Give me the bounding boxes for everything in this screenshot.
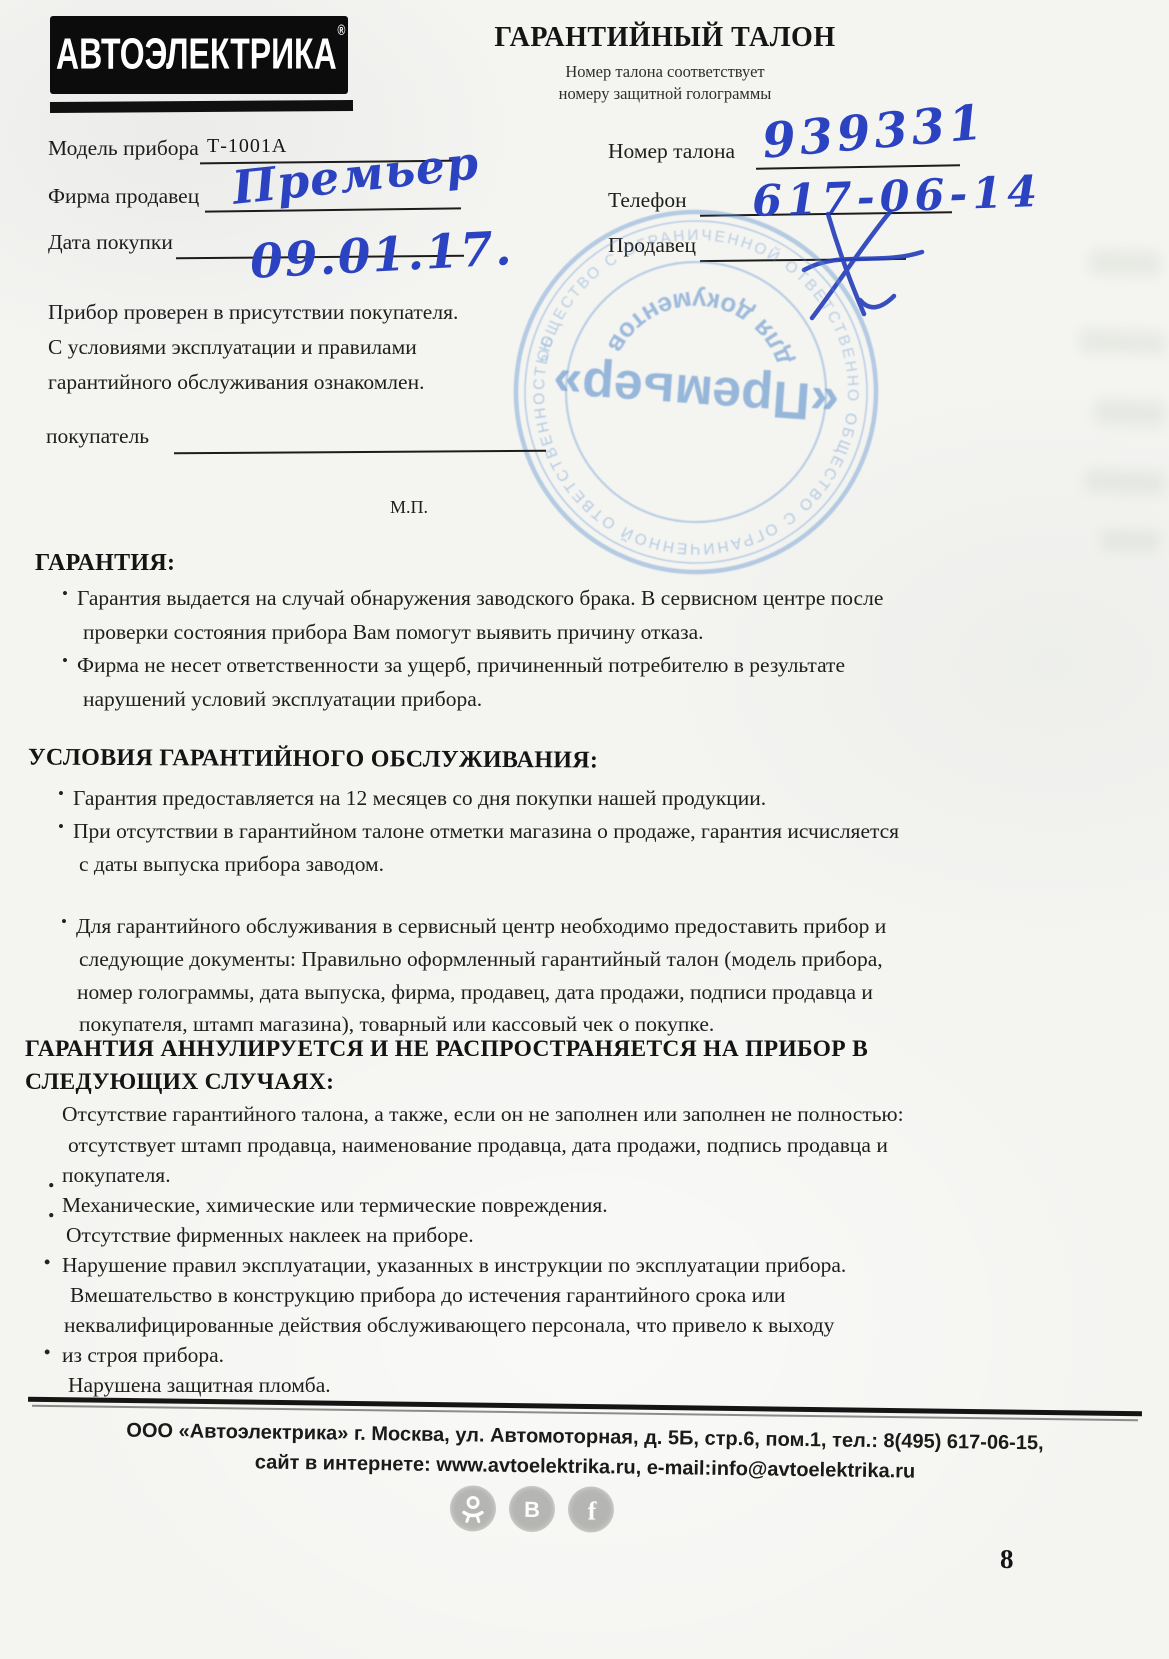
voiding-item-line: Нарушение правил эксплуатации, указанных… — [62, 1253, 846, 1278]
seller-label: Продавец — [608, 233, 696, 258]
voiding-item-line: Отсутствие фирменных наклеек на приборе. — [66, 1223, 474, 1248]
stamp-ring-text: ОБЩЕСТВО С ОГРАНИЧЕННОЙ ОТВЕТСТВЕННОСТЬЮ — [520, 331, 864, 568]
voiding-item-bullet: • — [44, 1342, 50, 1363]
registered-mark: ® — [337, 21, 345, 38]
bleed-through-artifact — [1090, 249, 1161, 277]
bleed-through-artifact — [1095, 399, 1166, 427]
model-label: Модель прибора — [48, 136, 199, 161]
conditions-item-line: следующие документы: Правильно оформленн… — [79, 947, 883, 972]
page-number: 8 — [1000, 1544, 1014, 1575]
logo-text: АВТОЭЛЕКТРИКА® — [56, 30, 345, 79]
voiding-item-line: Механические, химические или термические… — [62, 1193, 608, 1218]
warranty-item-line: Фирма не несет ответственности за ущерб,… — [77, 653, 845, 678]
voiding-item-line: покупателя. — [62, 1163, 171, 1188]
voiding-item-bullet: . — [48, 1194, 55, 1224]
warranty-item-line: нарушений условий эксплуатации прибора. — [83, 687, 482, 712]
model-value: Т-1001А — [207, 135, 287, 158]
voiding-section-title: СЛЕДУЮЩИХ СЛУЧАЯХ: — [25, 1069, 334, 1096]
warranty-item-line: проверки состояния прибора Вам помогут в… — [83, 620, 704, 645]
company-logo: АВТОЭЛЕКТРИКА® — [50, 16, 348, 94]
bleed-through-artifact — [1085, 469, 1166, 496]
stamp-place-abbr: М.П. — [390, 497, 428, 518]
bleed-through-artifact — [1100, 529, 1161, 553]
svg-text:ОБЩЕСТВО С ОГРАНИЧЕННОЙ ОТВЕТС: ОБЩЕСТВО С ОГРАНИЧЕННОЙ ОТВЕТСТВЕННОСТЬЮ — [520, 331, 864, 568]
stamp-center-text: «Премьер» — [551, 354, 841, 432]
voiding-item-line: отсутствует штамп продавца, наименование… — [68, 1133, 888, 1158]
conditions-item-line: При отсутствии в гарантийном талоне отме… — [73, 819, 899, 844]
conditions-item-line: с даты выпуска прибора заводом. — [79, 852, 384, 877]
conditions-item-line: номер голограммы, дата выпуска, фирма, п… — [77, 980, 873, 1005]
seller-signature — [790, 208, 940, 323]
warranty-section-title: ГАРАНТИЯ: — [35, 550, 175, 577]
voiding-section-title: ГАРАНТИЯ АННУЛИРУЕТСЯ И НЕ РАСПРОСТРАНЯЕ… — [25, 1036, 868, 1063]
voiding-item-bullet: • — [44, 1252, 50, 1273]
vk-icon: В — [509, 1486, 555, 1532]
buyer-signature-underline — [174, 450, 546, 455]
facebook-icon: f — [568, 1486, 614, 1532]
voiding-item-line: неквалифицированные действия обслуживающ… — [64, 1313, 834, 1338]
social-icons-row: В f — [450, 1485, 614, 1532]
confirmation-line: С условиями эксплуатации и правилами — [48, 335, 417, 360]
svg-text:для документов: для документов — [600, 279, 802, 372]
odnoklassniki-icon — [450, 1485, 496, 1531]
voiding-item-bullet: . — [48, 1164, 55, 1194]
phone-label: Телефон — [608, 188, 687, 213]
conditions-item-line: Для гарантийного обслуживания в сервисны… — [76, 914, 886, 939]
coupon-number-handwritten-value: 939331 — [760, 94, 988, 169]
document-title: ГАРАНТИЙНЫЙ ТАЛОН — [430, 22, 900, 54]
confirmation-line: Прибор проверен в присутствии покупателя… — [48, 300, 458, 325]
stamp-arc-text: для документов — [600, 279, 802, 372]
purchase-date-label: Дата покупки — [48, 230, 173, 255]
buyer-label: покупатель — [46, 424, 149, 449]
confirmation-line: гарантийного обслуживания ознакомлен. — [48, 370, 424, 395]
svg-text:В: В — [524, 1497, 540, 1522]
voiding-item-line: Вмешательство в конструкцию прибора до и… — [70, 1283, 785, 1308]
voiding-item-line: Отсутствие гарантийного талона, а также,… — [62, 1102, 904, 1127]
purchase-date-handwritten-value: 09.01.17. — [249, 221, 515, 290]
voiding-item-line: Нарушена защитная пломба. — [68, 1373, 331, 1398]
document-subtitle: номеру защитной голограммы — [430, 84, 900, 104]
bleed-through-artifact — [1080, 329, 1166, 356]
conditions-item-line: покупателя, штамп магазина), товарный ил… — [79, 1012, 714, 1037]
conditions-section-title: УСЛОВИЯ ГАРАНТИЙНОГО ОБСЛУЖИВАНИЯ: — [28, 745, 598, 775]
conditions-item-line: Гарантия предоставляется на 12 месяцев с… — [73, 786, 766, 811]
svg-text:f: f — [588, 1496, 597, 1524]
document-subtitle: Номер талона соответствует — [430, 62, 900, 82]
coupon-number-label: Номер талона — [608, 139, 735, 164]
logo-underline-bar — [50, 100, 353, 113]
warranty-item-line: Гарантия выдается на случай обнаружения … — [77, 586, 883, 611]
voiding-item-line: из строя прибора. — [62, 1343, 224, 1368]
firm-label: Фирма продавец — [48, 184, 199, 209]
